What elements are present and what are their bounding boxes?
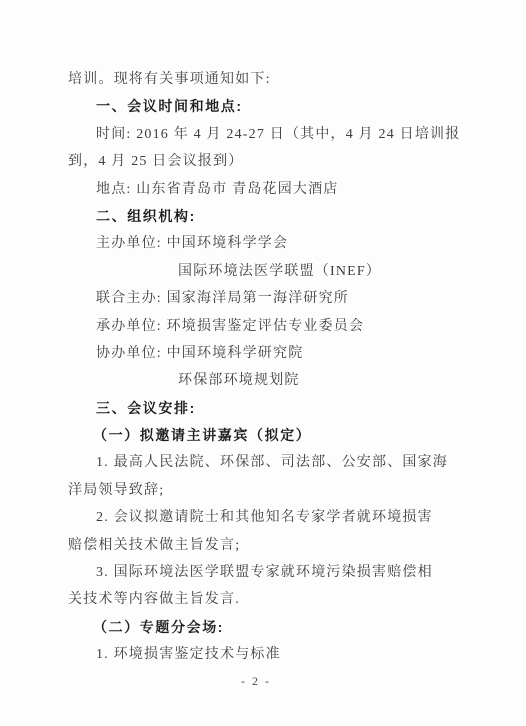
line-host-org-2: 国际环境法医学联盟（INEF） [68, 258, 476, 285]
page-number: - 2 - [0, 674, 512, 689]
line-organizer-org: 承办单位: 环境损害鉴定评估专业委员会 [68, 313, 476, 340]
heading-subsection-1-keynote-guests: （一）拟邀请主讲嘉宾（拟定） [68, 422, 476, 449]
line-co-host-org: 联合主办: 国家海洋局第一海洋研究所 [68, 285, 476, 312]
line-meeting-time-part1: 时间: 2016 年 4 月 24-27 日（其中，4 月 24 日培训报 [68, 121, 476, 148]
line-meeting-location: 地点: 山东省青岛市 青岛花园大酒店 [68, 176, 476, 203]
document-body: 培训。现将有关事项通知如下: 一、会议时间和地点: 时间: 2016 年 4 月… [68, 66, 476, 669]
line-agenda-item3-part1: 3. 国际环境法医学联盟专家就环境污染损害赔偿相 [68, 559, 476, 586]
line-meeting-time-part2: 到，4 月 25 日会议报到） [68, 148, 476, 175]
line-agenda-item2-part1: 2. 会议拟邀请院士和其他知名专家学者就环境损害 [68, 504, 476, 531]
line-continuation-intro: 培训。现将有关事项通知如下: [68, 66, 476, 93]
heading-section-1-time-location: 一、会议时间和地点: [68, 93, 476, 120]
line-agenda-item3-part2: 关技术等内容做主旨发言. [68, 586, 476, 613]
heading-section-2-organizations: 二、组织机构: [68, 203, 476, 230]
heading-subsection-2-breakout-sessions: （二）专题分会场: [68, 614, 476, 641]
line-co-organizer-org-1: 协办单位: 中国环境科学研究院 [68, 340, 476, 367]
heading-section-3-agenda: 三、会议安排: [68, 395, 476, 422]
scanned-document-page: 培训。现将有关事项通知如下: 一、会议时间和地点: 时间: 2016 年 4 月… [0, 0, 526, 726]
line-agenda-item1-part1: 1. 最高人民法院、环保部、司法部、公安部、国家海 [68, 449, 476, 476]
line-host-org-1: 主办单位: 中国环境科学学会 [68, 230, 476, 257]
line-co-organizer-org-2: 环保部环境规划院 [68, 367, 476, 394]
line-breakout-topic-1: 1. 环境损害鉴定技术与标准 [68, 641, 476, 668]
line-agenda-item1-part2: 洋局领导致辞; [68, 477, 476, 504]
line-agenda-item2-part2: 赔偿相关技术做主旨发言; [68, 532, 476, 559]
